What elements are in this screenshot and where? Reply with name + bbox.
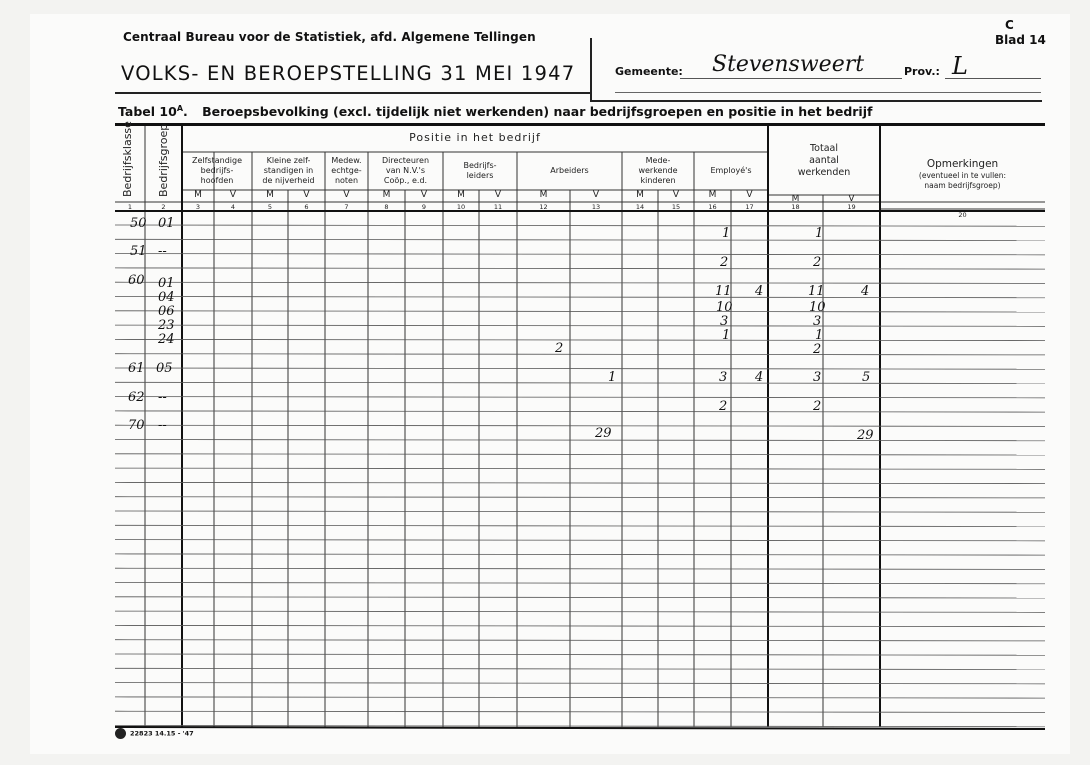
header-totaal-aantal-werkenden: Totaal aantal werkenden: [768, 143, 880, 179]
sub-v: V: [570, 190, 622, 200]
header-line: noten: [325, 176, 368, 186]
sub-v: V: [325, 190, 368, 200]
sub-v: V: [479, 190, 517, 200]
sub-m: M: [443, 190, 479, 200]
col-num: 15: [658, 203, 694, 211]
col-num: 9: [405, 203, 443, 211]
cell-groep[interactable]: 04: [158, 290, 175, 305]
col-num: 20: [880, 211, 1045, 219]
cell-groep[interactable]: --: [158, 244, 167, 259]
header-line: Zelfstandige: [182, 156, 252, 166]
col-num: 17: [731, 203, 768, 211]
col-num: 11: [479, 203, 517, 211]
header-line: Mede-: [622, 156, 694, 166]
sub-v: V: [214, 190, 252, 200]
header-zelfstandige: Zelfstandige bedrijfs- hoofden: [182, 156, 252, 186]
sub-v: V: [658, 190, 694, 200]
cell-col16[interactable]: 2: [719, 399, 727, 414]
header-bedrijfsklasse: Bedrijfsklasse: [121, 121, 134, 197]
cell-col18[interactable]: 2: [813, 342, 821, 357]
cell-klasse[interactable]: 50: [130, 216, 147, 231]
cell-col18[interactable]: 10: [809, 300, 826, 315]
table-grid: [0, 0, 1090, 765]
header-line: werkende: [622, 166, 694, 176]
sub-m: M: [182, 190, 214, 200]
cell-col18[interactable]: 2: [813, 255, 821, 270]
cell-col16[interactable]: 3: [720, 314, 728, 329]
header-line: kinderen: [622, 176, 694, 186]
cell-col16[interactable]: 3: [719, 370, 727, 385]
cell-col19[interactable]: 29: [857, 428, 874, 443]
col-num: 10: [443, 203, 479, 211]
sub-m: M: [622, 190, 658, 200]
printer-logo-icon: [115, 728, 126, 739]
cell-col18[interactable]: 2: [813, 399, 821, 414]
cell-col18[interactable]: 1: [815, 328, 823, 343]
header-line: Kleine zelf-: [252, 156, 325, 166]
sub-v: V: [731, 190, 768, 200]
opmerkingen-title: Opmerkingen: [880, 157, 1045, 171]
cell-col17[interactable]: 4: [755, 370, 763, 385]
col-num: 6: [288, 203, 325, 211]
col-num: 18: [768, 203, 823, 211]
cell-col13[interactable]: 1: [608, 370, 616, 385]
col-num: 7: [325, 203, 368, 211]
sub-m: M: [517, 190, 570, 200]
header-line: leiders: [443, 171, 517, 181]
header-medewerkende-echtgenoten: Medew. echtge- noten: [325, 156, 368, 186]
col-num: 8: [368, 203, 405, 211]
cell-klasse[interactable]: 51: [130, 244, 147, 259]
header-line: van N.V.'s: [368, 166, 443, 176]
col-num: 2: [145, 203, 182, 211]
cell-klasse[interactable]: 61: [128, 361, 145, 376]
header-line: Totaal: [768, 143, 880, 155]
cell-col17[interactable]: 4: [755, 284, 763, 299]
cell-groep[interactable]: 24: [158, 332, 175, 347]
header-line: Directeuren: [368, 156, 443, 166]
cell-groep[interactable]: 23: [158, 318, 175, 333]
header-line: hoofden: [182, 176, 252, 186]
cell-groep[interactable]: 01: [158, 216, 175, 231]
sub-m: M: [368, 190, 405, 200]
header-bedrijfsgroep: Bedrijfsgroep: [157, 124, 170, 197]
cell-groep[interactable]: 01: [158, 276, 175, 291]
cell-klasse[interactable]: 60: [128, 273, 145, 288]
header-kleine-zelfstandigen: Kleine zelf- standigen in de nijverheid: [252, 156, 325, 186]
col-num: 13: [570, 203, 622, 211]
col-num: 14: [622, 203, 658, 211]
col-num: 1: [115, 203, 145, 211]
sub-v: V: [405, 190, 443, 200]
col-num: 19: [823, 203, 880, 211]
cell-col18[interactable]: 1: [815, 226, 823, 241]
print-code-text: 22823 14.15 - '47: [130, 730, 194, 738]
cell-col18[interactable]: 3: [813, 314, 821, 329]
header-line: echtge-: [325, 166, 368, 176]
header-positie-in-het-bedrijf: Positie in het bedrijf: [182, 133, 768, 143]
cell-col16[interactable]: 10: [716, 300, 733, 315]
cell-klasse[interactable]: 70: [128, 418, 145, 433]
cell-col16[interactable]: 1: [722, 328, 730, 343]
cell-col18[interactable]: 3: [813, 370, 821, 385]
header-line: Coöp., e.d.: [368, 176, 443, 186]
print-code: 22823 14.15 - '47: [115, 728, 194, 739]
header-arbeiders: Arbeiders: [517, 166, 622, 176]
col-num: 3: [182, 203, 214, 211]
sub-m: M: [694, 190, 731, 200]
header-line: Employé's: [694, 166, 768, 176]
cell-col13[interactable]: 29: [595, 426, 612, 441]
cell-col19[interactable]: 4: [861, 284, 869, 299]
cell-klasse[interactable]: 62: [128, 390, 145, 405]
header-line: standigen in: [252, 166, 325, 176]
cell-groep[interactable]: 06: [158, 304, 175, 319]
header-line: Arbeiders: [517, 166, 622, 176]
cell-col19[interactable]: 5: [862, 370, 870, 385]
cell-col16[interactable]: 11: [715, 284, 732, 299]
header-medewerkende-kinderen: Mede- werkende kinderen: [622, 156, 694, 186]
cell-groep[interactable]: --: [158, 418, 167, 433]
header-directeuren: Directeuren van N.V.'s Coöp., e.d.: [368, 156, 443, 186]
header-line: de nijverheid: [252, 176, 325, 186]
sub-m: M: [252, 190, 288, 200]
col-num: 12: [517, 203, 570, 211]
cell-groep[interactable]: --: [158, 390, 167, 405]
header-line: bedrijfs-: [182, 166, 252, 176]
header-line: Bedrijfs-: [443, 161, 517, 171]
header-bedrijfsleiders: Bedrijfs- leiders: [443, 161, 517, 181]
header-opmerkingen: Opmerkingen (eventueel in te vullen: naa…: [880, 157, 1045, 191]
cell-groep[interactable]: 05: [156, 361, 173, 376]
header-line: Medew.: [325, 156, 368, 166]
col-num: 4: [214, 203, 252, 211]
header-line: werkenden: [768, 167, 880, 179]
cell-col16[interactable]: 1: [722, 226, 730, 241]
col-num: 5: [252, 203, 288, 211]
cell-col18[interactable]: 11: [808, 284, 825, 299]
cell-col12[interactable]: 2: [555, 341, 563, 356]
opmerkingen-note: naam bedrijfsgroep): [880, 181, 1045, 191]
col-num: 16: [694, 203, 731, 211]
cell-col16[interactable]: 2: [720, 255, 728, 270]
opmerkingen-note: (eventueel in te vullen:: [880, 171, 1045, 181]
header-line: aantal: [768, 155, 880, 167]
header-employes: Employé's: [694, 166, 768, 176]
sub-v: V: [288, 190, 325, 200]
